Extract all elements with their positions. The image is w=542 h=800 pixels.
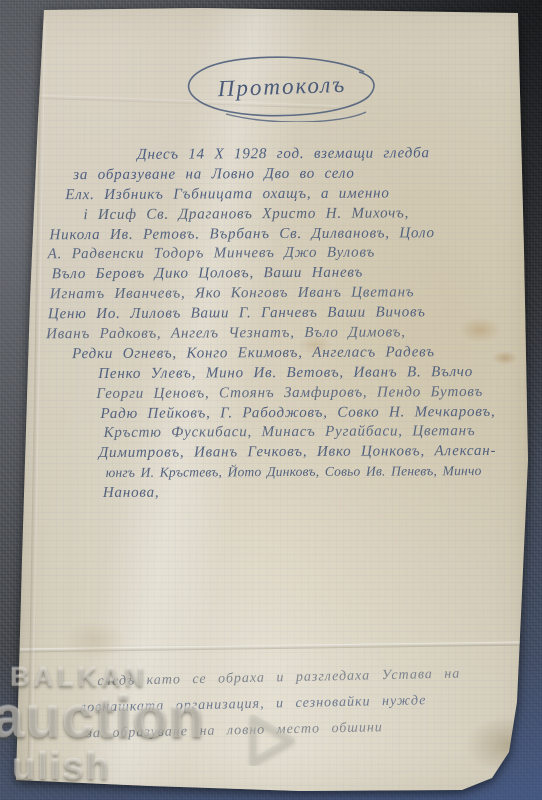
handwritten-line: Иванъ Радковъ, Ангелъ Чезнатъ, Въло Димо… [46,324,532,346]
handwritten-line: і Исиф Св. Драгановъ Христо Н. Михочъ, [83,204,531,226]
handwritten-line: Днесъ 14 X 1928 год. вземащи гледба [137,145,531,167]
photo-background: Протоколъ Днесъ 14 X 1928 год. вземащи г… [0,0,542,800]
handwritten-line: Димитровъ, Иванъ Гечковъ, Ивко Цонковъ, … [99,443,533,465]
handwritten-line: Нанова, [103,483,533,505]
protocol-body: Днесъ 14 X 1928 год. вземащи гледба за о… [45,145,533,506]
document-paper: Протоколъ Днесъ 14 X 1928 год. вземащи г… [0,0,542,800]
handwritten-line: Георги Ценовъ, Стоянъ Замфировъ, Пендо Б… [96,383,532,405]
document-title-flourish: Протоколъ [181,52,383,122]
handwritten-line: Кръстю Фускибаси, Минасъ Ругайбаси, Цвет… [104,423,533,445]
handwritten-line: Редки Огневъ, Конго Екимовъ, Ангеласъ Ра… [72,344,532,366]
handwritten-line: Ценю Ио. Лиловъ Ваши Г. Ганчевъ Ваши Вич… [48,304,532,326]
handwritten-line: Игнатъ Иванчевъ, Яко Конговъ Иванъ Цвета… [50,284,532,306]
handwritten-line: юнгъ И. Кръстевъ, Йото Динковъ, Совьо Ив… [106,463,533,485]
handwritten-line: Пенко Улевъ, Мино Ив. Ветовъ, Иванъ В. В… [98,364,532,386]
handwritten-line: Никола Ив. Ретовъ. Върбанъ Св. Дилвановъ… [49,224,531,246]
protocol-closing: следъ като се обраха и разгледаха Устава… [79,666,511,753]
corner-speck [477,782,487,793]
handwritten-line: Въло Беровъ Дико Цоловъ, Ваши Наневъ [52,264,532,286]
handwritten-line: Елх. Избникъ Гъбницата охащъ, а именно [65,185,531,207]
handwritten-line: Радю Пейковъ, Г. Рабоджовъ, Совко Н. Меч… [100,403,532,425]
handwritten-line: А. Радвенски Тодоръ Минчевъ Джо Вуловъ [48,244,532,266]
handwritten-line: за образуване на Ловно Дво во село [73,165,531,187]
paper-sheet: Протоколъ Днесъ 14 X 1928 год. вземащи г… [0,0,542,800]
